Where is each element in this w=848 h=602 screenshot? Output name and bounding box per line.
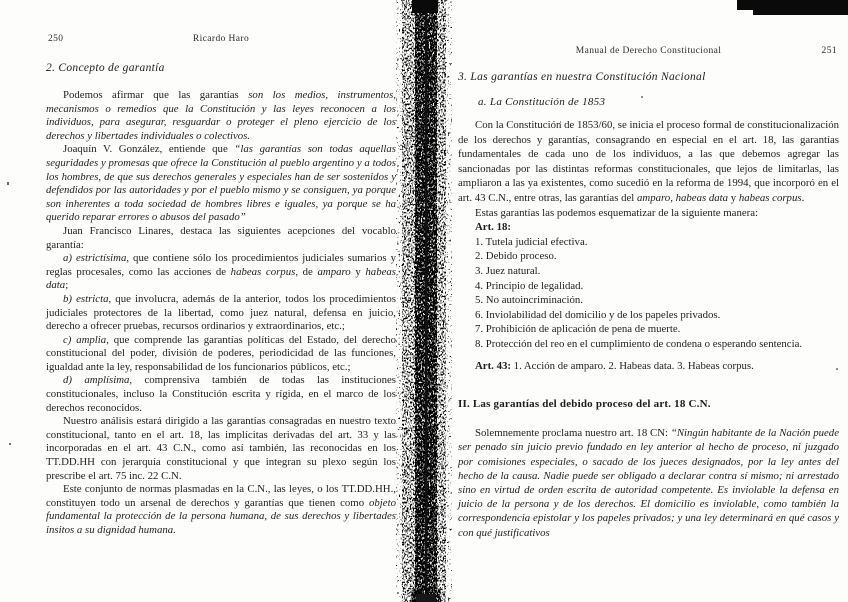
scan-speck [9, 443, 11, 445]
scan-black-bar [737, 0, 848, 10]
section-heading-concepto: 2. Concepto de garantía [46, 62, 396, 74]
paragraph: Con la Constitución de 1853/60, se inici… [458, 118, 839, 206]
list-item-7: 7. Prohibición de aplicación de pena de … [458, 322, 839, 337]
paragraph: Estas garantías las podemos esquematizar… [458, 206, 839, 221]
left-page-number: 250 [48, 34, 63, 44]
right-page: Manual de Derecho Constitucional 251 3. … [458, 0, 839, 540]
paragraph: Nuestro análisis estará dirigido a las g… [46, 415, 396, 483]
paragraph-item-a: a) estrictísima, que contiene sólo los p… [46, 252, 396, 293]
paragraph: Joaquín V. González, entiende que “las g… [46, 143, 396, 225]
subsection-heading-1853: a. La Constitución de 1853 [478, 96, 839, 108]
list-item-2: 2. Debido proceso. [458, 249, 839, 264]
list-item-5: 5. No autoincriminación. [458, 293, 839, 308]
right-page-header: Manual de Derecho Constitucional 251 [458, 46, 839, 58]
paragraph-item-d: d) amplísima, comprensiva también de tod… [46, 374, 396, 415]
binding-gutter-noise [396, 0, 452, 602]
scan-black-bar [753, 10, 848, 15]
list-item-8: 8. Protección del reo en el cumplimiento… [458, 337, 839, 352]
right-page-number: 251 [822, 46, 837, 56]
paragraph: Este conjunto de normas plasmadas en la … [46, 483, 396, 537]
paragraph: Solemnemente proclama nuestro art. 18 CN… [458, 426, 839, 540]
section-heading-debido-proceso: II. Las garantías del debido proceso del… [458, 398, 839, 410]
paragraph: Podemos afirmar que las garantías son lo… [46, 89, 396, 143]
book-scan: 250 Ricardo Haro 2. Concepto de garantía… [0, 0, 848, 602]
section-heading-garantias-cn: 3. Las garantías en nuestra Constitución… [458, 71, 839, 83]
art18-label: Art. 18: [458, 220, 839, 235]
left-running-header: Ricardo Haro [46, 34, 396, 44]
list-item-4: 4. Principio de legalidad. [458, 279, 839, 294]
list-item-3: 3. Juez natural. [458, 264, 839, 279]
paragraph-item-c: c) amplia, que comprende las garantías p… [46, 334, 396, 375]
list-item-6: 6. Inviolabilidad del domicilio y de los… [458, 308, 839, 323]
scan-speck [560, 121, 561, 123]
right-running-header: Manual de Derecho Constitucional [458, 46, 839, 56]
scan-speck [641, 96, 643, 98]
scan-speck [836, 368, 838, 370]
scan-speck [7, 182, 9, 185]
paragraph: Juan Francisco Linares, destaca las sigu… [46, 225, 396, 252]
left-page: 250 Ricardo Haro 2. Concepto de garantía… [46, 0, 396, 538]
list-item-1: 1. Tutela judicial efectiva. [458, 235, 839, 250]
art43-line: Art. 43: 1. Acción de amparo. 2. Habeas … [458, 359, 839, 374]
left-page-header: 250 Ricardo Haro [46, 34, 396, 46]
paragraph-item-b: b) estricta, que involucra, además de la… [46, 293, 396, 334]
